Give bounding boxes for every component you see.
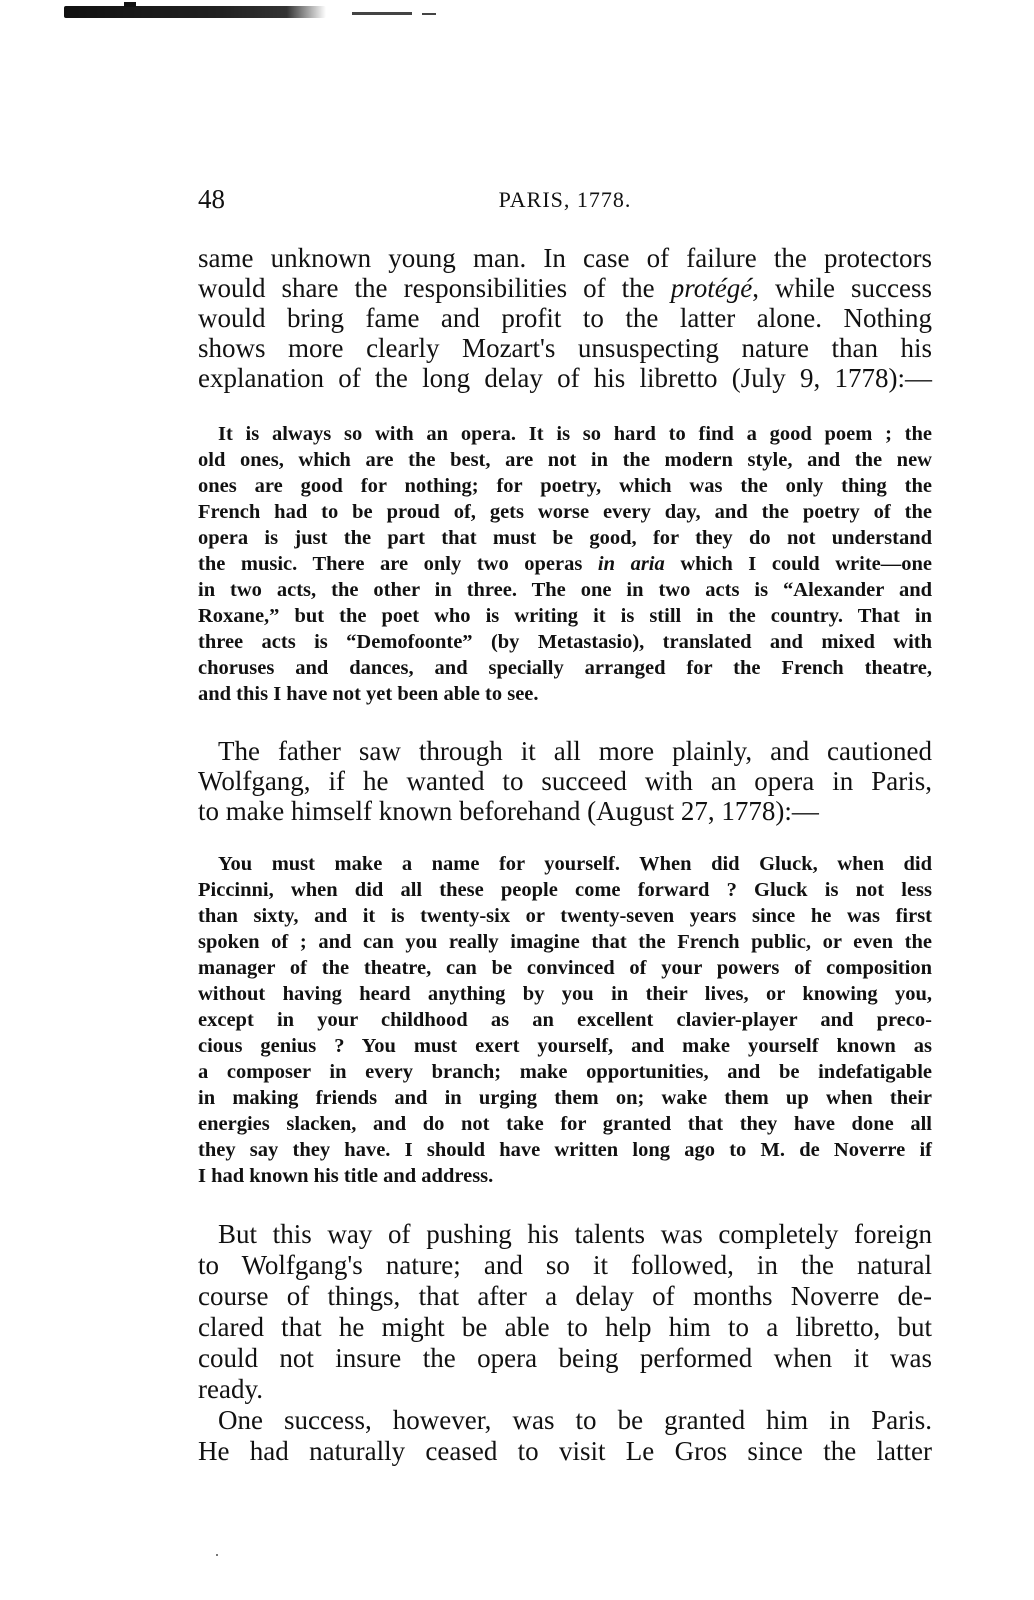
quote-line: opera is just the part that must be good… — [198, 526, 932, 550]
body-line: would bring fame and profit to the latte… — [198, 303, 932, 333]
body-line: shows more clearly Mozart's unsuspecting… — [198, 333, 932, 363]
quote-line: without having heard anything by you in … — [198, 982, 932, 1006]
page-header: 48 PARIS, 1778. — [198, 184, 932, 218]
body-line: One success, however, was to be granted … — [198, 1405, 932, 1435]
body-line: Wolfgang, if he wanted to succeed with a… — [198, 766, 932, 796]
quote-line: ones are good for nothing; for poetry, w… — [198, 474, 932, 498]
quote-line: in two acts, the other in three. The one… — [198, 578, 932, 602]
italic-text: in aria — [598, 553, 665, 575]
body-line: He had naturally ceased to visit Le Gros… — [198, 1436, 932, 1466]
quote-line: It is always so with an opera. It is so … — [198, 422, 932, 446]
quote-line: spoken of ; and can you really imagine t… — [198, 930, 932, 954]
quote-line: old ones, which are the best, are not in… — [198, 448, 932, 472]
quote-line: than sixty, and it is twenty-six or twen… — [198, 904, 932, 928]
body-line: explanation of the long delay of his lib… — [198, 363, 932, 393]
quote-line: energies slacken, and do not take for gr… — [198, 1112, 932, 1136]
body-line: to Wolfgang's nature; and so it followed… — [198, 1250, 932, 1280]
italic-text: protégé — [671, 273, 752, 303]
body-line: to make himself known beforehand (August… — [198, 796, 932, 826]
quote-line: and this I have not yet been able to see… — [198, 682, 932, 706]
scan-speck — [216, 1554, 218, 1556]
quote-line: cious genius ? You must exert yourself, … — [198, 1034, 932, 1058]
body-line: could not insure the opera being perform… — [198, 1343, 932, 1373]
quote-line: I had known his title and address. — [198, 1164, 932, 1188]
quote-line: You must make a name for yourself. When … — [198, 852, 932, 876]
quote-line: choruses and dances, and specially arran… — [198, 656, 932, 680]
quote-line: they say they have. I should have writte… — [198, 1138, 932, 1162]
body-line: But this way of pushing his talents was … — [198, 1219, 932, 1249]
body-line: ready. — [198, 1374, 932, 1404]
scan-artifact-top-right — [352, 12, 412, 15]
quote-line: except in your childhood as an excellent… — [198, 1008, 932, 1032]
body-line: The father saw through it all more plain… — [198, 736, 932, 766]
body-line: same unknown young man. In case of failu… — [198, 243, 932, 273]
quote-line: French had to be proud of, gets worse ev… — [198, 500, 932, 524]
quote-line: a composer in every branch; make opportu… — [198, 1060, 932, 1084]
quote-line: Roxane,” but the poet who is writing it … — [198, 604, 932, 628]
quote-line: in making friends and in urging them on;… — [198, 1086, 932, 1110]
running-head: PARIS, 1778. — [198, 187, 932, 213]
quote-line: manager of the theatre, can be convinced… — [198, 956, 932, 980]
scan-artifact-top — [64, 6, 326, 18]
body-line: would share the responsibilities of the … — [198, 273, 932, 303]
quote-line: Piccinni, when did all these people come… — [198, 878, 932, 902]
quote-line: the music. There are only two operas in … — [198, 552, 932, 576]
body-line: course of things, that after a delay of … — [198, 1281, 932, 1311]
quote-line: three acts is “Demofoonte” (by Metastasi… — [198, 630, 932, 654]
body-line: clared that he might be able to help him… — [198, 1312, 932, 1342]
